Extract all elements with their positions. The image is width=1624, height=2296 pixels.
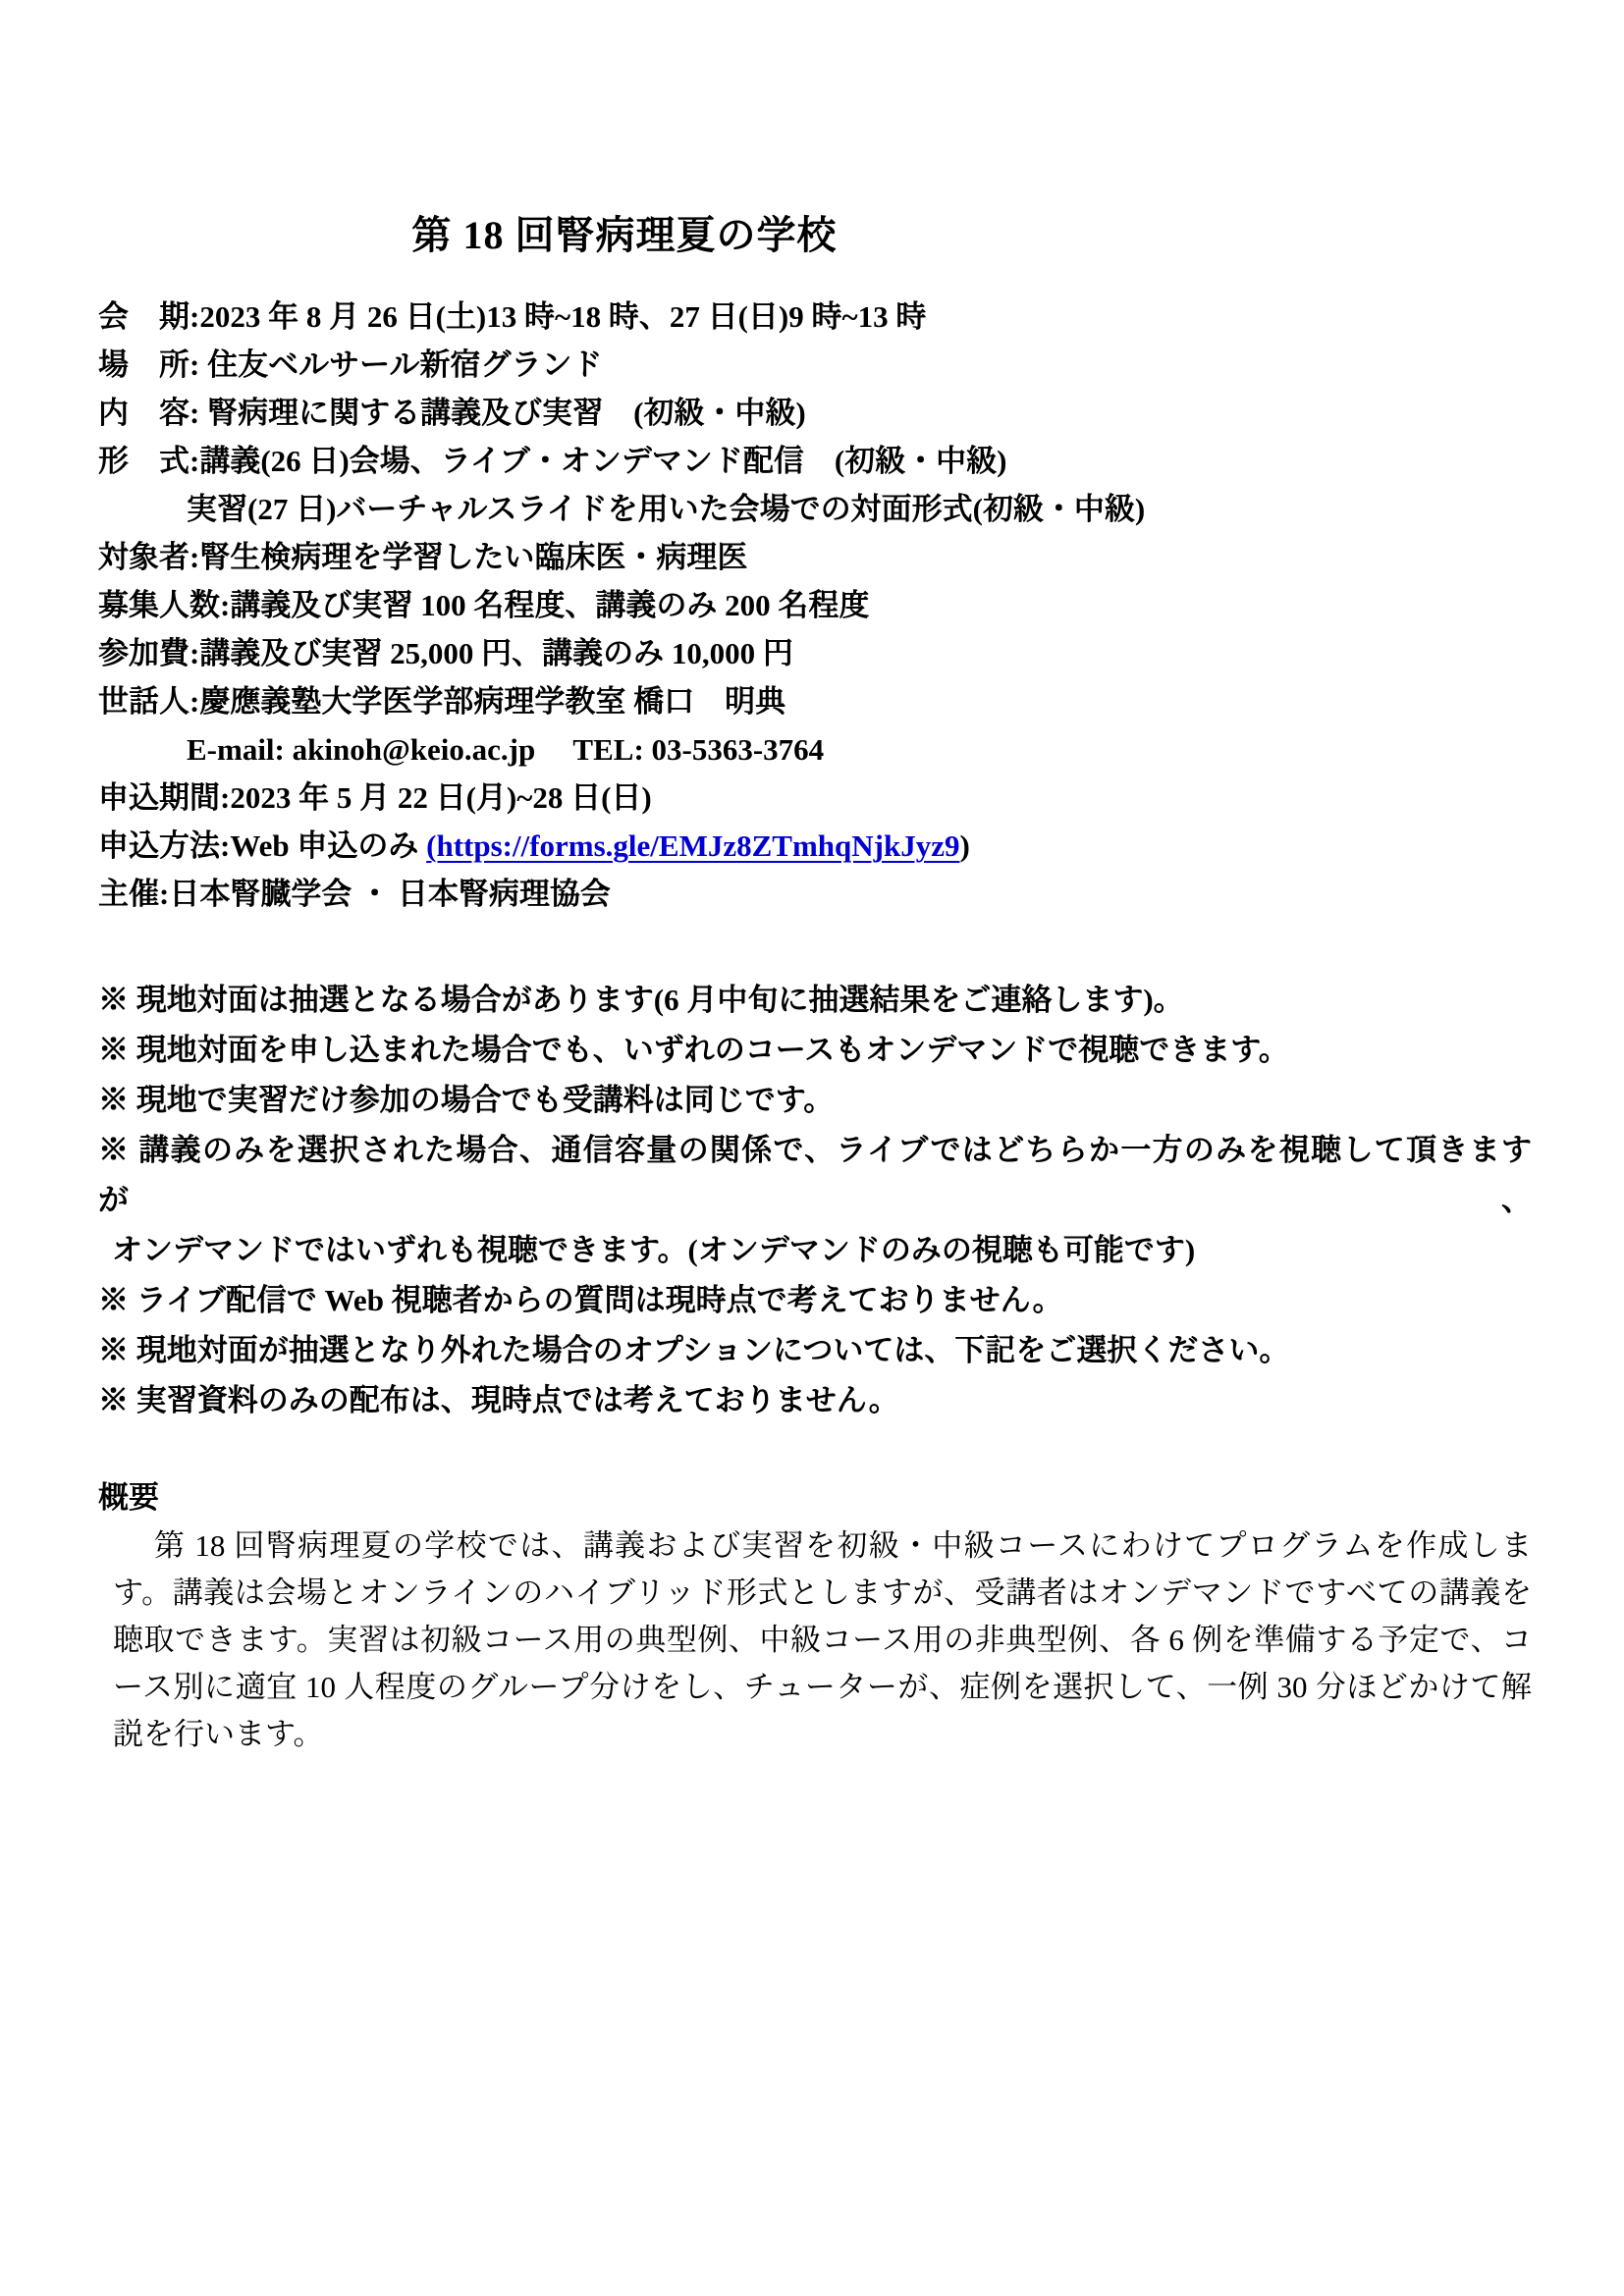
overview-paragraph: 第 18 回腎病理夏の学校では、講義および実習を初級・中級コースにわけてプログラ… xyxy=(113,1522,1532,1758)
detail-line-format-lecture: 形 式:講義(26 日)会場、ライブ・オンデマンド配信 (初級・中級) xyxy=(98,437,1532,485)
detail-line-dates: 会 期:2023 年 8 月 26 日(土)13 時~18 時、27 日(日)9… xyxy=(98,293,1532,341)
note-line-lecture-only: ※ 講義のみを選択された場合、通信容量の関係で、ライブではどちらか一方のみを視聴… xyxy=(98,1125,1532,1225)
application-method-suffix: ) xyxy=(959,828,969,863)
detail-line-content: 内 容: 腎病理に関する講義及び実習 (初級・中級) xyxy=(98,389,1532,437)
detail-line-organizer-contact: 世話人:慶應義塾大学医学部病理学教室 橋口 明典 xyxy=(98,677,1532,725)
detail-line-capacity: 募集人数:講義及び実習 100 名程度、講義のみ 200 名程度 xyxy=(98,581,1532,629)
detail-line-format-practice: 実習(27 日)バーチャルスライドを用いた会場での対面形式(初級・中級) xyxy=(98,485,1532,533)
detail-line-venue: 場 所: 住友ベルサール新宿グランド xyxy=(98,341,1532,389)
document-title: 第 18 回腎病理夏の学校 xyxy=(98,208,1151,263)
note-line-ondemand-access: ※ 現地対面を申し込まれた場合でも、いずれのコースもオンデマンドで視聴できます。 xyxy=(98,1025,1532,1075)
note-line-materials: ※ 実習資料のみの配布は、現時点では考えておりません。 xyxy=(98,1375,1532,1425)
detail-line-application-period: 申込期間:2023 年 5 月 22 日(月)~28 日(日) xyxy=(98,774,1532,822)
note-line-live-questions: ※ ライブ配信で Web 視聴者からの質問は現時点で考えておりません。 xyxy=(98,1275,1532,1325)
event-details: 会 期:2023 年 8 月 26 日(土)13 時~18 時、27 日(日)9… xyxy=(98,293,1532,918)
detail-line-fee: 参加費:講義及び実習 25,000 円、講義のみ 10,000 円 xyxy=(98,629,1532,677)
detail-line-sponsor: 主催:日本腎臓学会 ・ 日本腎病理協会 xyxy=(98,870,1532,918)
document-page: 第 18 回腎病理夏の学校 会 期:2023 年 8 月 26 日(土)13 時… xyxy=(0,0,1624,2296)
overview-heading: 概要 xyxy=(98,1472,1532,1522)
detail-line-audience: 対象者:腎生検病理を学習したい臨床医・病理医 xyxy=(98,533,1532,581)
detail-line-application-method: 申込方法:Web 申込のみ (https://forms.gle/EMJz8ZT… xyxy=(98,822,1532,870)
application-form-link[interactable]: (https://forms.gle/EMJz8ZTmhqNjkJyz9 xyxy=(426,828,959,863)
note-line-lecture-only-continued: オンデマンドではいずれも視聴できます。(オンデマンドのみの視聴も可能です) xyxy=(98,1225,1532,1275)
detail-line-email-tel: E-mail: akinoh@keio.ac.jp TEL: 03-5363-3… xyxy=(98,725,1532,774)
notes-section: ※ 現地対面は抽選となる場合があります(6 月中旬に抽選結果をご連絡します)。 … xyxy=(98,975,1532,1425)
note-line-lottery: ※ 現地対面は抽選となる場合があります(6 月中旬に抽選結果をご連絡します)。 xyxy=(98,975,1532,1025)
overview-section: 概要 第 18 回腎病理夏の学校では、講義および実習を初級・中級コースにわけてプ… xyxy=(98,1472,1532,1758)
note-line-lottery-option: ※ 現地対面が抽選となり外れた場合のオプションについては、下記をご選択ください。 xyxy=(98,1325,1532,1375)
note-line-practice-only-fee: ※ 現地で実習だけ参加の場合でも受講料は同じです。 xyxy=(98,1075,1532,1125)
application-method-label: 申込方法:Web 申込のみ xyxy=(98,828,426,863)
